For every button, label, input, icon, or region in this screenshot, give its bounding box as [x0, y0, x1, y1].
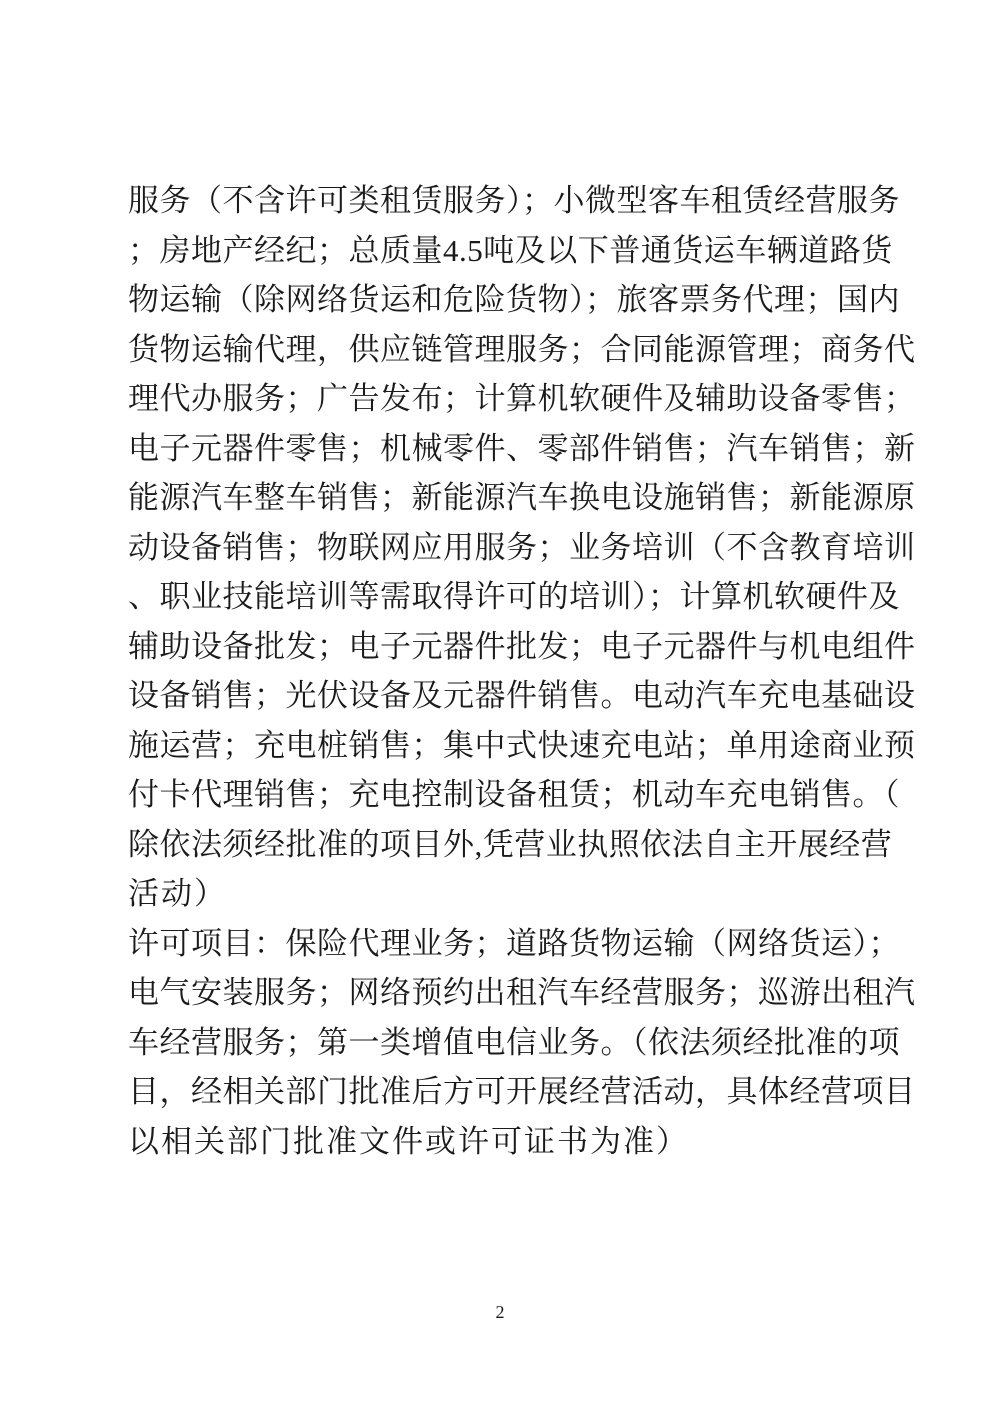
- text-line: 能源汽车整车销售；新能源汽车换电设施销售；新能源原: [128, 473, 870, 523]
- text-line-paragraph-end: 活动）: [128, 869, 870, 919]
- text-line: 电气安装服务；网络预约出租汽车经营服务；巡游出租汽: [128, 968, 870, 1018]
- text-line: 车经营服务；第一类增值电信业务。（依法须经批准的项: [128, 1018, 870, 1068]
- page-number: 2: [496, 1302, 505, 1322]
- text-line: 付卡代理销售；充电控制设备租赁；机动车充电销售。（: [128, 770, 870, 820]
- text-line: 许可项目：保险代理业务；道路货物运输（网络货运）；: [128, 919, 870, 969]
- text-line: 、职业技能培训等需取得许可的培训）；计算机软硬件及: [128, 572, 870, 622]
- text-line: 服务（不含许可类租赁服务）；小微型客车租赁经营服务: [128, 176, 870, 226]
- body-text: 服务（不含许可类租赁服务）；小微型客车租赁经营服务 ；房地产经纪；总质量4.5吨…: [128, 176, 870, 1166]
- text-line: 动设备销售；物联网应用服务；业务培训（不含教育培训: [128, 523, 870, 573]
- text-line: 理代办服务；广告发布；计算机软硬件及辅助设备零售；: [128, 374, 870, 424]
- page-footer: 2: [0, 1300, 1000, 1324]
- text-line: 设备销售；光伏设备及元器件销售。电动汽车充电基础设: [128, 671, 870, 721]
- text-line: 货物运输代理，供应链管理服务；合同能源管理；商务代: [128, 325, 870, 375]
- text-line: 电子元器件零售；机械零件、零部件销售；汽车销售；新: [128, 424, 870, 474]
- document-page: 服务（不含许可类租赁服务）；小微型客车租赁经营服务 ；房地产经纪；总质量4.5吨…: [0, 0, 1000, 1414]
- text-line: 除依法须经批准的项目外,凭营业执照依法自主开展经营: [128, 820, 870, 870]
- text-line: 辅助设备批发；电子元器件批发；电子元器件与机电组件: [128, 622, 870, 672]
- text-line: ；房地产经纪；总质量4.5吨及以下普通货运车辆道路货: [128, 226, 870, 276]
- text-line: 物运输（除网络货运和危险货物）；旅客票务代理；国内: [128, 275, 870, 325]
- text-line: 施运营；充电桩销售；集中式快速充电站；单用途商业预: [128, 721, 870, 771]
- text-line-paragraph-end: 以相关部门批准文件或许可证书为准）: [128, 1117, 870, 1167]
- text-line: 目，经相关部门批准后方可开展经营活动，具体经营项目: [128, 1067, 870, 1117]
